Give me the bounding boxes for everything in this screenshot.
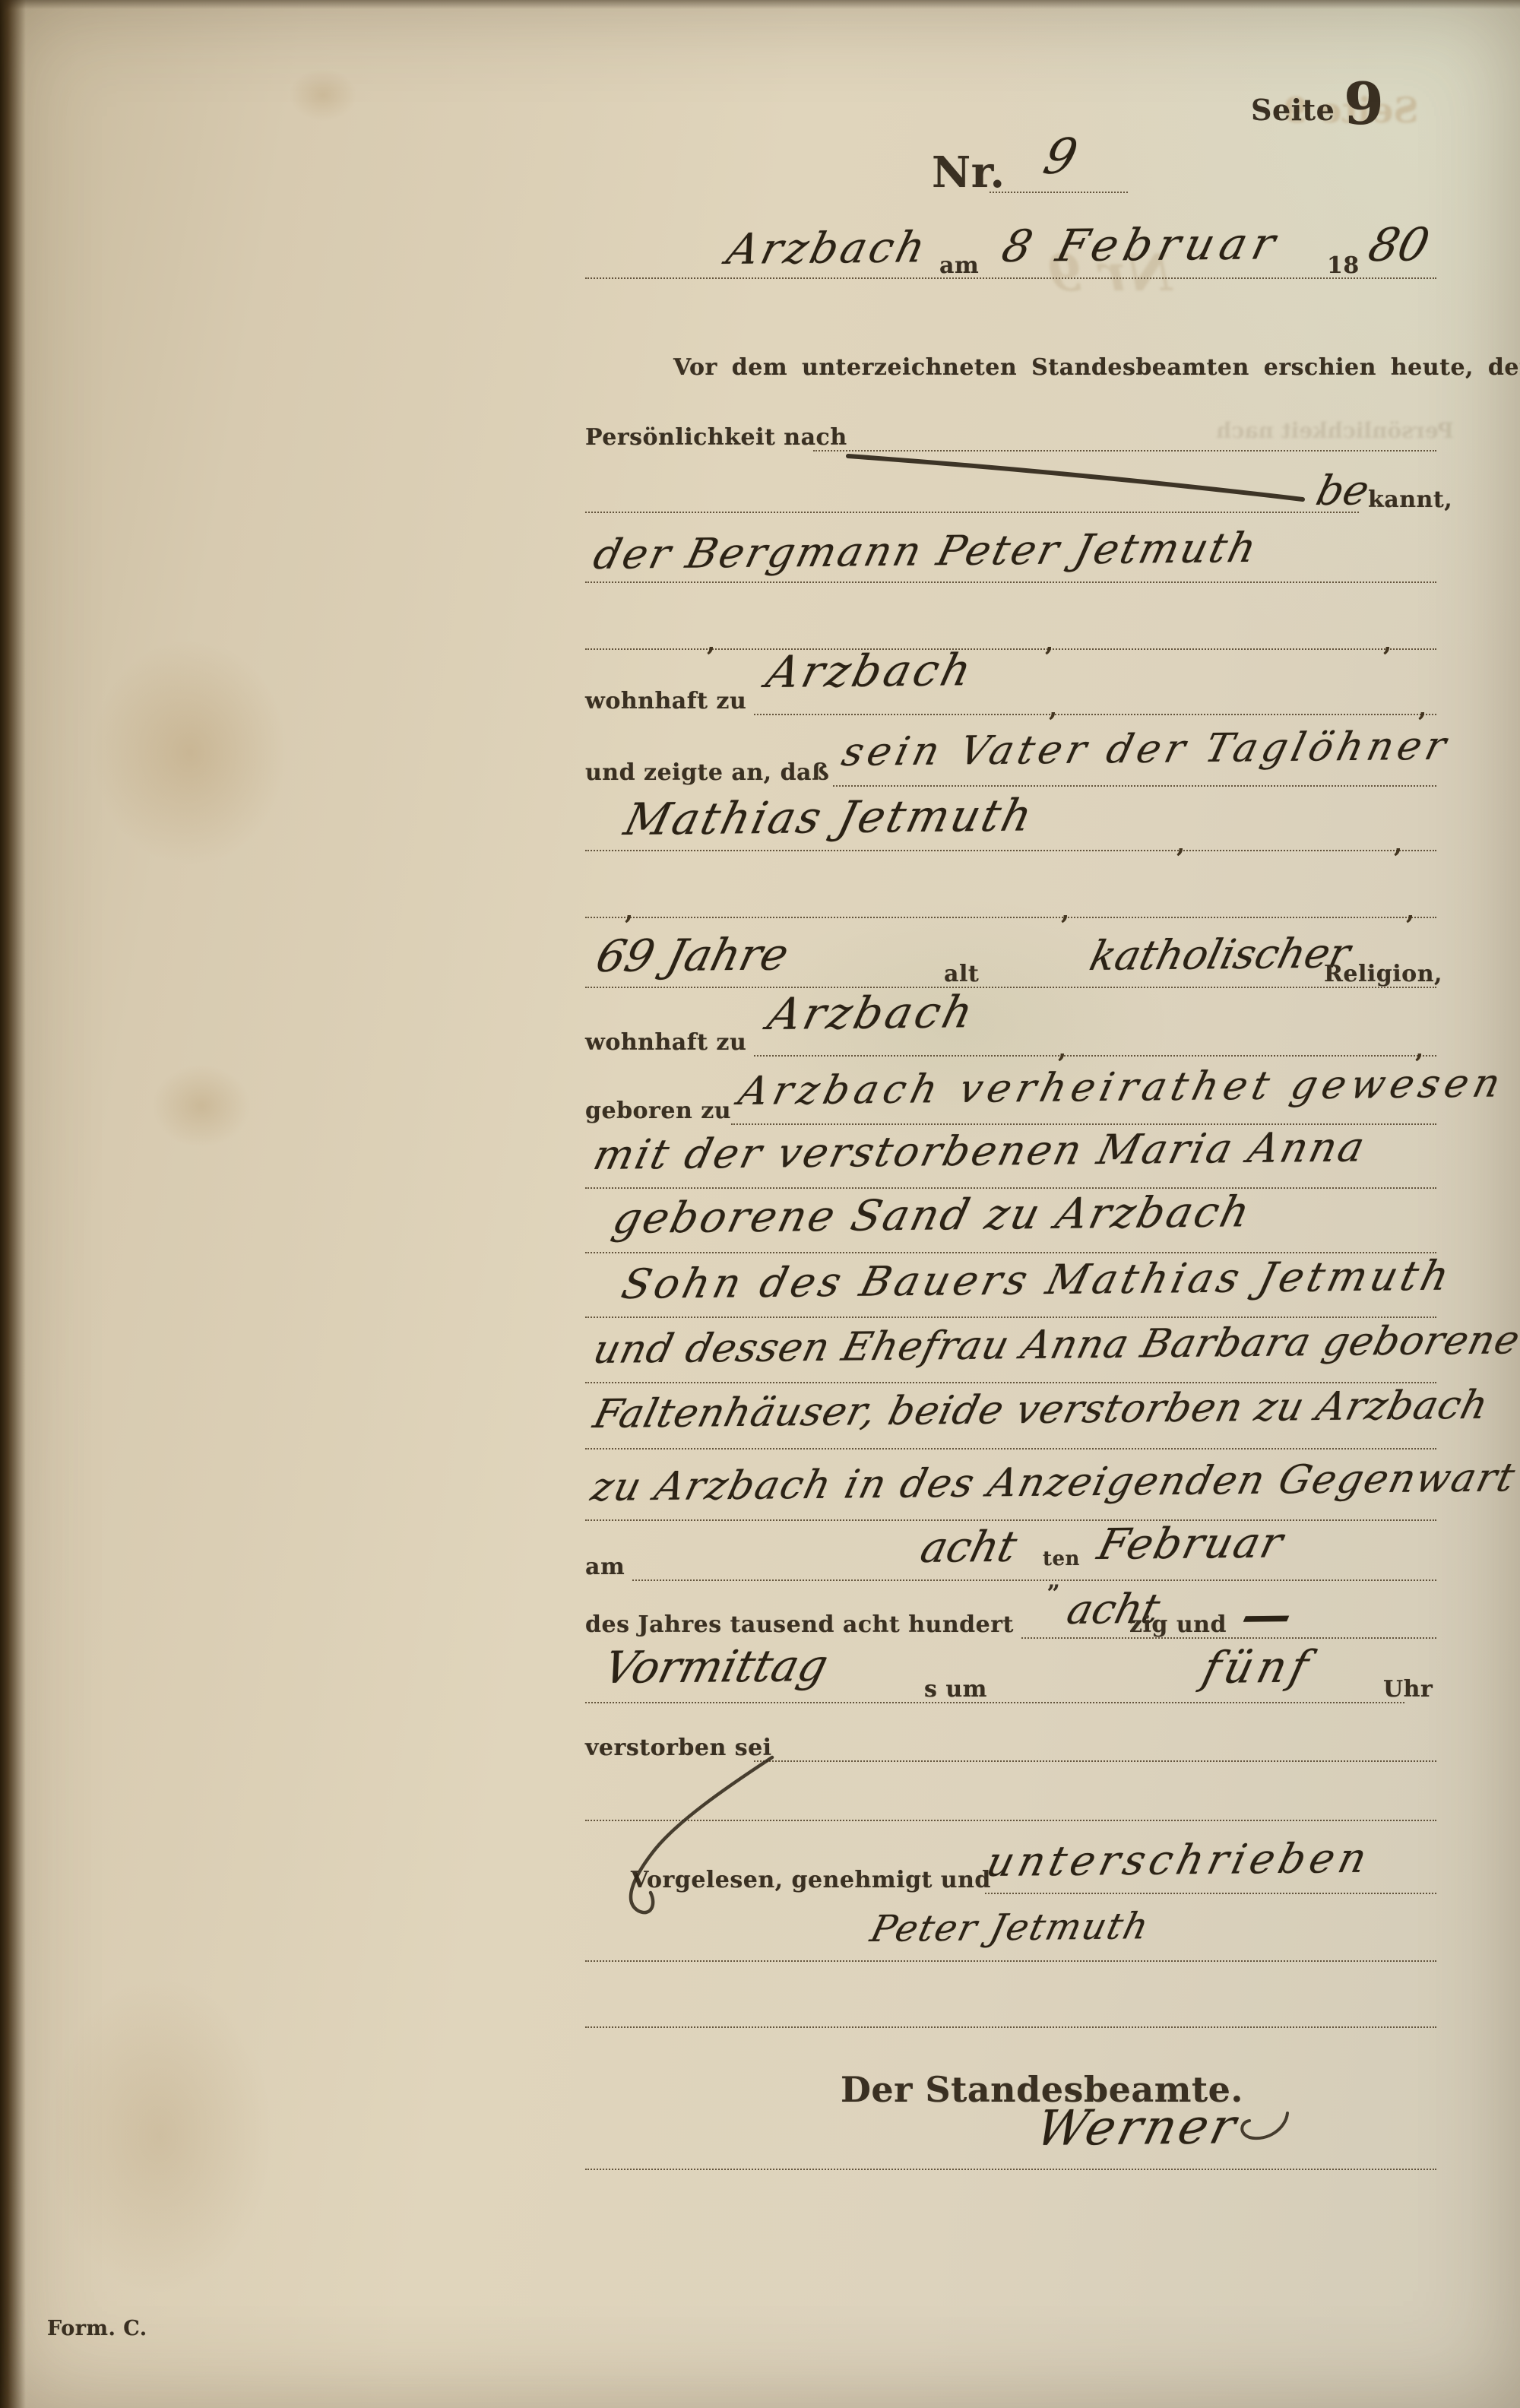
declarant-handwriting: der Bergmann Peter Jetmuth [589, 524, 1263, 578]
ruled-line [585, 1448, 1436, 1450]
persoenlichkeit-label: Persönlichkeit nach [585, 424, 847, 451]
declarant-signature: Peter Jetmuth [866, 1905, 1154, 1950]
ruled-line [585, 1960, 1436, 1962]
death-day-handwriting: acht [916, 1522, 1021, 1573]
kannt-label: kannt, [1368, 486, 1452, 513]
form-tick: , [1394, 829, 1402, 858]
ruled-line [990, 192, 1128, 193]
spouse-handwriting-2: geborene Sand zu Arzbach [608, 1187, 1256, 1244]
parents-handwriting-3: Faltenhäuser, beide verstorben zu Arzbac… [589, 1383, 1493, 1437]
form-tick: , [1061, 896, 1069, 925]
ruled-line [585, 2026, 1436, 2028]
death-month-handwriting: Februar [1093, 1518, 1289, 1570]
ruled-line [585, 1519, 1436, 1521]
age-handwriting: 69 Jahre [591, 928, 793, 982]
ruled-line [585, 987, 1436, 988]
page-binding-edge [0, 0, 26, 2408]
dash-handwriting: — [1236, 1586, 1298, 1644]
form-tick: , [1045, 628, 1053, 657]
daytime-handwriting: Vormittag [599, 1640, 833, 1694]
ten-suffix-marks: „ [1047, 1567, 1061, 1594]
ruled-line [585, 850, 1436, 851]
religion-handwriting: katholischer [1085, 929, 1355, 980]
stain [152, 1064, 251, 1148]
form-tick: , [1383, 628, 1392, 657]
wohnhaft2-label: wohnhaft zu [585, 1029, 746, 1056]
ruled-line [585, 277, 1436, 279]
stain [289, 68, 357, 122]
death-place-handwriting: zu Arzbach in des Anzeigenden Gegenwart [587, 1455, 1520, 1510]
death-register-page: Seite 9 Nr 9 Persönlichkeit nach Seite 9… [0, 0, 1520, 2408]
s-um-label: s um [924, 1676, 987, 1703]
form-tick: , [1176, 829, 1185, 858]
form-tick: , [1058, 1034, 1066, 1063]
unterschrieben-handwriting: unterschrieben [982, 1834, 1376, 1886]
ruled-line [585, 1382, 1436, 1383]
ruled-line [632, 1579, 1436, 1581]
geboren-label: geboren zu [585, 1098, 731, 1124]
vorgelesen-label: Vorgelesen, genehmigt und [631, 1867, 991, 1893]
ruled-line [754, 1055, 1436, 1057]
nr-label: Nr. [932, 147, 1005, 198]
uhr-label: Uhr [1383, 1676, 1433, 1703]
ruled-line [754, 1760, 1436, 1762]
ruled-line [585, 1820, 1436, 1821]
registrar-signature: Werner [1031, 2099, 1244, 2157]
ruled-line [833, 785, 1436, 787]
ruled-line [585, 1187, 1436, 1189]
wohnhaft-handwriting: Arzbach [762, 644, 980, 698]
deceased-name-handwriting: Mathias Jetmuth [619, 789, 1039, 845]
stain [46, 1976, 274, 2296]
ruled-line [585, 581, 1436, 583]
wohnhaft-label: wohnhaft zu [585, 688, 746, 714]
ruled-line [813, 450, 1436, 451]
hour-handwriting: fünf [1198, 1641, 1318, 1694]
am2-label: am [585, 1554, 625, 1580]
ruled-line [585, 917, 1436, 918]
intro-line: Vor dem unterzeichneten Standesbeamten e… [673, 354, 1520, 381]
signature-flourish-stroke [1242, 2113, 1287, 2138]
place-handwriting: Arzbach [722, 223, 933, 274]
ruled-line [585, 1702, 1404, 1703]
ruled-line [585, 512, 1359, 513]
parents-handwriting-2: und dessen Ehefrau Anna Barbara geborene [589, 1317, 1520, 1373]
alt-label: alt [944, 961, 979, 987]
seite-label: Seite [1251, 93, 1335, 127]
page-number: 9 [1344, 70, 1384, 138]
wohnhaft2-handwriting: Arzbach [763, 986, 981, 1040]
form-tick: , [1049, 693, 1057, 722]
ruled-line [985, 1893, 1436, 1894]
form-tick: , [1415, 1034, 1423, 1063]
verstorben-label: verstorben sei [585, 1735, 772, 1761]
ruled-line [1021, 1637, 1436, 1639]
date-handwriting: 8 Februar [997, 217, 1286, 272]
ruled-line [585, 2169, 1436, 2170]
religion-label: Religion, [1324, 961, 1442, 987]
form-identifier: Form. C. [47, 2317, 147, 2340]
parents-handwriting-1: Sohn des Bauers Mathias Jetmuth [617, 1252, 1458, 1308]
ruled-line [754, 714, 1436, 715]
form-tick: , [707, 628, 715, 657]
page-top-edge [0, 0, 1520, 9]
zeigte-handwriting: sein Vater der Taglöhner [838, 724, 1455, 775]
am-label: am [939, 252, 979, 279]
form-tick: , [1406, 896, 1414, 925]
jahres-label: des Jahres tausend acht hundert [585, 1611, 1014, 1638]
stain [91, 638, 289, 867]
zig-label: zig und [1129, 1611, 1227, 1638]
zeigte-label: und zeigte an, daß [585, 759, 829, 786]
form-tick: , [625, 896, 633, 925]
ruled-line [585, 1316, 1436, 1318]
form-tick: , [1418, 693, 1427, 722]
geboren-handwriting: Arzbach verheirathet gewesen [734, 1060, 1510, 1114]
year-printed: 18 [1327, 252, 1360, 279]
spouse-handwriting-1: mit der verstorbenen Maria Anna [589, 1123, 1371, 1179]
